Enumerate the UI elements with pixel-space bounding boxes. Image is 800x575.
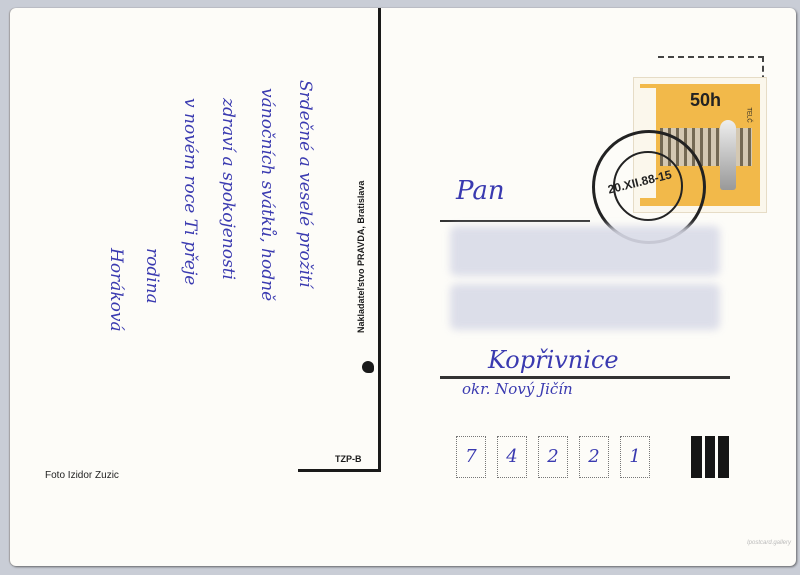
- card-code: TZP-B: [335, 454, 362, 464]
- stamp-place: TELČ: [745, 107, 751, 122]
- address-city: Kopřivnice: [488, 346, 619, 374]
- zip-digit-5: 1: [620, 436, 650, 478]
- divider-vertical: [378, 8, 381, 472]
- address-street-blurred: [450, 284, 720, 330]
- zip-digit-1: 7: [456, 436, 486, 478]
- photo-credit: Foto Izidor Zuzic: [45, 470, 119, 481]
- address-line-4: [440, 376, 730, 379]
- address-district: okr. Nový Jičín: [462, 380, 573, 398]
- message-line-6: Horáková: [106, 248, 126, 332]
- postcard-back: Srdečné a veselé prožití vánočních svátk…: [10, 8, 796, 566]
- publisher-logo-icon: [362, 361, 374, 373]
- watermark: Ipostcard.gallery: [747, 540, 791, 546]
- zip-digit-3: 2: [538, 436, 568, 478]
- publisher-imprint: Nakladateľstvo PRAVDA, Bratislava: [356, 181, 366, 333]
- stamp-statue: [720, 120, 736, 190]
- message-line-3: zdraví a spokojenosti: [218, 98, 238, 280]
- postal-code-bars: [691, 436, 729, 478]
- address-salutation: Pan: [456, 176, 505, 206]
- message-line-5: rodina: [142, 248, 162, 304]
- divider-horizontal: [298, 469, 381, 472]
- zip-digit-2: 4: [497, 436, 527, 478]
- zip-digit-4: 2: [579, 436, 609, 478]
- message-line-2: vánočních svátků, hodně: [257, 88, 277, 301]
- address-name-blurred: [450, 226, 720, 276]
- message-line-1: Srdečné a veselé prožití: [295, 80, 315, 287]
- stamp-value: 50h: [690, 90, 721, 111]
- address-line-1: [440, 220, 590, 222]
- message-line-4: v novém roce Ti přeje: [180, 98, 200, 285]
